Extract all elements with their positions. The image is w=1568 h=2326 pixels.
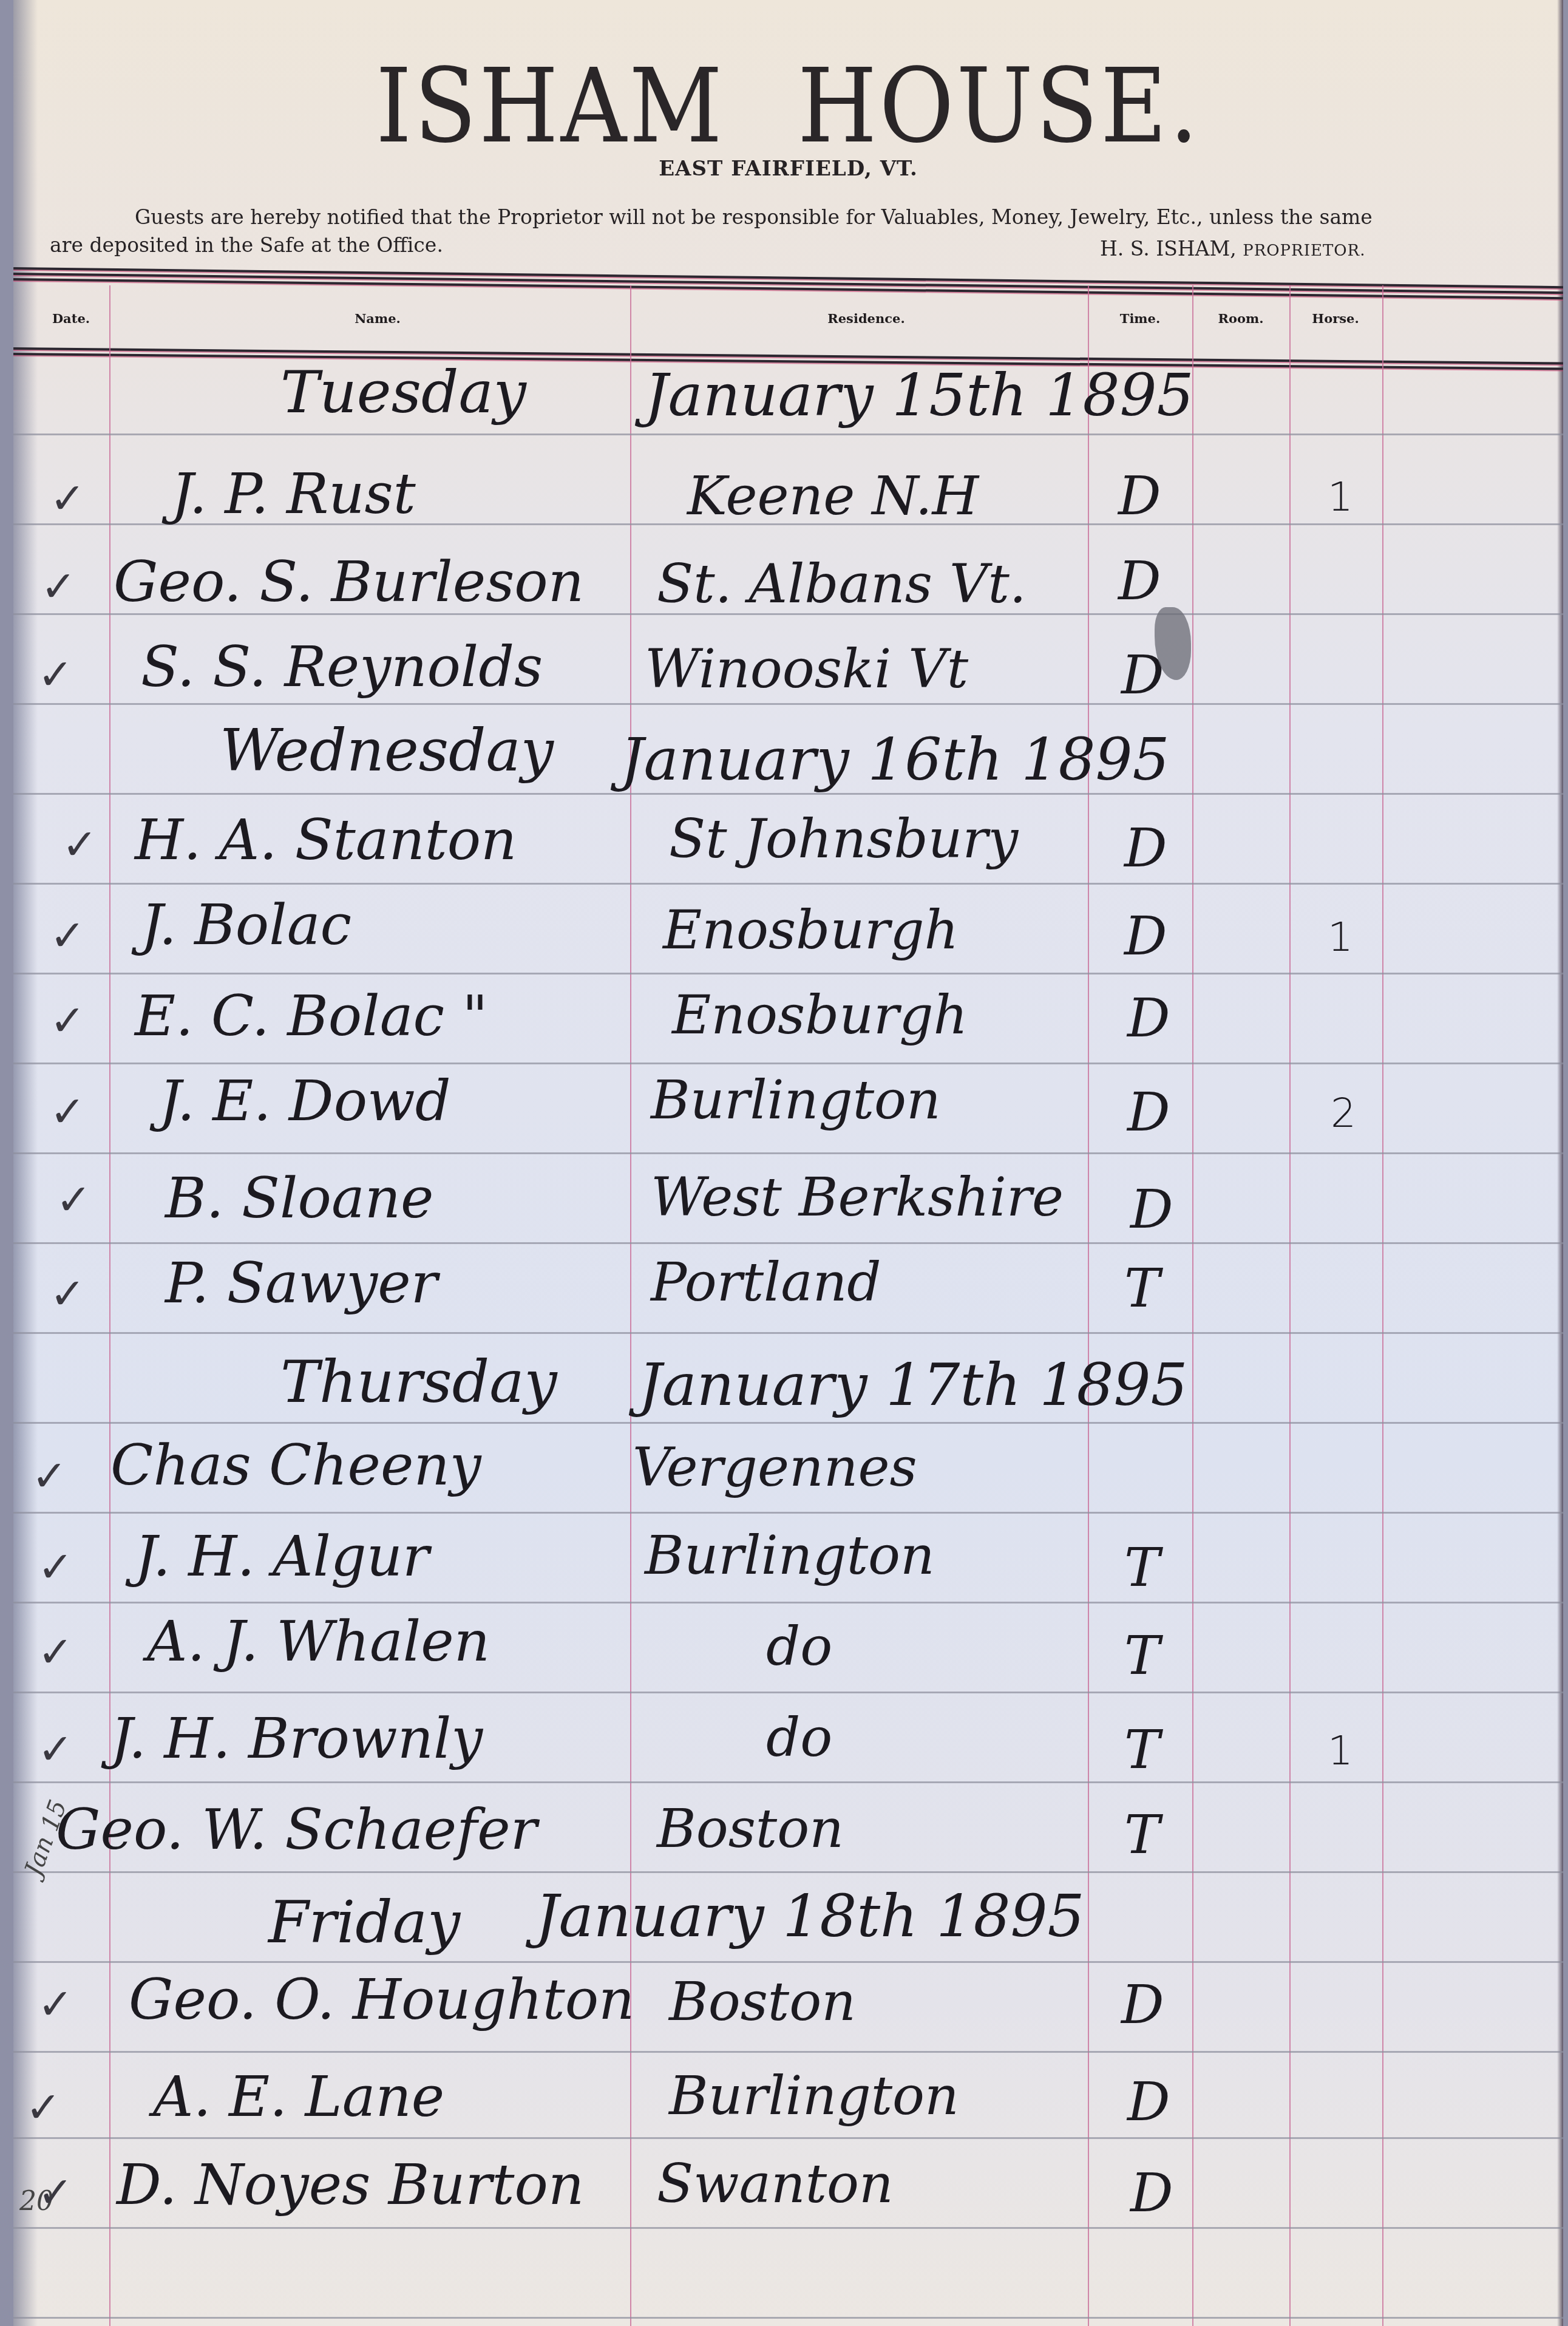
row-rule — [13, 883, 1563, 885]
checkmark: ✓ — [38, 650, 73, 699]
arrival-time: D — [1118, 464, 1161, 527]
row-rule — [13, 973, 1563, 974]
arrival-time: T — [1124, 1257, 1160, 1319]
row-rule — [13, 1512, 1563, 1514]
guest-residence: Enosburgh — [672, 984, 968, 1046]
row-rule — [13, 1332, 1563, 1334]
row-rule — [13, 703, 1563, 705]
checkmark: ✓ — [62, 820, 98, 869]
arrival-time: T — [1124, 1536, 1160, 1599]
guest-residence: Burlington — [651, 1069, 941, 1131]
arrival-time: D — [1118, 549, 1161, 612]
column-rule-time — [1192, 285, 1193, 2326]
checkmark: ✓ — [25, 2083, 61, 2132]
guest-name: Geo. S. Burleson — [114, 549, 584, 614]
notice-line-1: Guests are hereby notified that the Prop… — [50, 203, 1507, 231]
row-rule — [13, 2137, 1563, 2139]
guest-residence: Burlington — [645, 1524, 935, 1586]
guest-residence: West Berkshire — [651, 1166, 1064, 1228]
guest-name: P. Sawyer — [165, 1251, 438, 1316]
guest-name: A. J. Whalen — [147, 1609, 490, 1674]
guest-name: Geo. W. Schaefer — [56, 1797, 537, 1862]
guest-name: A. E. Lane — [153, 2064, 444, 2129]
horse-count: 2 — [1331, 1090, 1356, 1137]
checkmark: ✓ — [32, 1451, 67, 1501]
guest-residence: do — [766, 1706, 832, 1769]
arrival-time: T — [1124, 1624, 1160, 1687]
guest-residence: Boston — [669, 1970, 856, 2033]
row-rule — [13, 1602, 1563, 1603]
day-heading-weekday: Tuesday — [280, 358, 526, 426]
row-rule — [13, 1961, 1563, 1963]
checkmark: ✓ — [41, 562, 76, 611]
guest-name: J. H. Algur — [135, 1524, 429, 1589]
guest-residence: Swanton — [657, 2152, 894, 2215]
column-header-residence: Residence. — [827, 311, 904, 326]
column-header-room: Room. — [1218, 311, 1264, 326]
arrival-time: D — [1127, 1081, 1170, 1143]
guest-residence: St. Albans Vt. — [657, 553, 1027, 615]
checkmark: ✓ — [50, 474, 86, 523]
column-header-horse: Horse. — [1312, 311, 1359, 326]
checkmark: ✓ — [38, 2168, 73, 2217]
guest-name: J. Bolac — [141, 893, 351, 957]
proprietor-title: PROPRIETOR. — [1243, 242, 1365, 260]
row-rule — [13, 1871, 1563, 1873]
row-rule — [13, 1242, 1563, 1244]
arrival-time: D — [1130, 1178, 1173, 1240]
arrival-time: D — [1127, 2070, 1170, 2133]
column-rule-horse — [1382, 285, 1383, 2326]
proprietor-signature: H. S. ISHAM, PROPRIETOR. — [1100, 237, 1365, 260]
arrival-time: T — [1124, 1803, 1160, 1866]
guest-name: H. A. Stanton — [135, 808, 517, 872]
row-rule — [13, 1063, 1563, 1064]
guest-residence: do — [766, 1615, 832, 1678]
location: EAST FAIRFIELD, VT. — [13, 157, 1563, 181]
register-page: ISHAMHOUSE. EAST FAIRFIELD, VT. Guests a… — [13, 0, 1563, 2326]
arrival-time: D — [1130, 2161, 1173, 2224]
checkmark: ✓ — [38, 1979, 73, 2029]
column-header-time: Time. — [1120, 311, 1161, 326]
arrival-time: D — [1127, 987, 1170, 1049]
guest-name: S. S. Reynolds — [141, 634, 543, 699]
day-heading-date: January 17th 1895 — [639, 1351, 1188, 1419]
horse-count: 1 — [1328, 1727, 1353, 1774]
checkmark: ✓ — [50, 1087, 86, 1137]
guest-residence: Burlington — [669, 2064, 959, 2127]
row-rule — [13, 2051, 1563, 2053]
guest-name: J. H. Brownly — [110, 1706, 483, 1771]
day-heading-date: January 18th 1895 — [535, 1882, 1085, 1950]
proprietor-name: H. S. ISHAM, — [1100, 237, 1237, 260]
guest-residence: St Johnsbury — [669, 808, 1018, 870]
row-rule — [13, 1692, 1563, 1693]
guest-name: B. Sloane — [165, 1166, 433, 1231]
column-rule-residence — [1088, 285, 1089, 2326]
day-heading-weekday: Wednesday — [220, 716, 554, 784]
guest-residence: Enosburgh — [663, 899, 959, 961]
title-word-2: HOUSE. — [798, 47, 1201, 166]
arrival-time: T — [1124, 1718, 1160, 1781]
arrival-time: D — [1124, 817, 1167, 879]
checkmark: ✓ — [38, 1542, 73, 1592]
guest-name: J. E. Dowd — [159, 1069, 451, 1134]
arrival-time: D — [1124, 905, 1167, 967]
page-title: ISHAMHOUSE. — [13, 47, 1563, 166]
column-rule-date — [109, 285, 110, 2326]
row-rule — [13, 2317, 1563, 2319]
title-word-1: ISHAM — [376, 47, 725, 166]
column-header-date: Date. — [52, 311, 90, 326]
row-rule — [13, 434, 1563, 435]
column-header-name: Name. — [355, 311, 401, 326]
guest-name: Geo. O. Houghton — [129, 1967, 634, 2032]
page-edge — [1557, 0, 1563, 2326]
checkmark: ✓ — [50, 996, 86, 1046]
checkmark: ✓ — [38, 1724, 73, 1774]
row-rule — [13, 1422, 1563, 1424]
guest-name: E. C. Bolac " — [135, 984, 488, 1049]
guest-residence: Keene N.H — [687, 464, 979, 527]
day-heading-weekday: Thursday — [280, 1348, 557, 1416]
column-rule-room — [1289, 285, 1291, 2326]
guest-name: Chas Cheeny — [110, 1433, 481, 1498]
horse-count: 1 — [1328, 914, 1353, 961]
arrival-time: D — [1121, 1973, 1164, 2036]
guest-name: D. Noyes Burton — [117, 2152, 584, 2217]
checkmark: ✓ — [38, 1627, 73, 1677]
header-rule-top — [13, 267, 1563, 302]
checkmark: ✓ — [56, 1175, 92, 1225]
day-heading-weekday: Friday — [268, 1888, 460, 1956]
guest-residence: Portland — [651, 1251, 881, 1313]
horse-count: 1 — [1328, 474, 1353, 520]
guest-residence: Vergennes — [633, 1436, 917, 1498]
guest-residence: Winooski Vt — [645, 638, 968, 700]
checkmark: ✓ — [50, 911, 86, 961]
row-rule — [13, 1781, 1563, 1783]
checkmark: ✓ — [50, 1269, 86, 1319]
row-rule — [13, 1152, 1563, 1154]
row-rule — [13, 2227, 1563, 2229]
day-heading-date: January 16th 1895 — [620, 726, 1170, 794]
guest-residence: Boston — [657, 1797, 844, 1860]
day-heading-date: January 15th 1895 — [645, 361, 1194, 429]
guest-name: J. P. Rust — [171, 461, 416, 526]
